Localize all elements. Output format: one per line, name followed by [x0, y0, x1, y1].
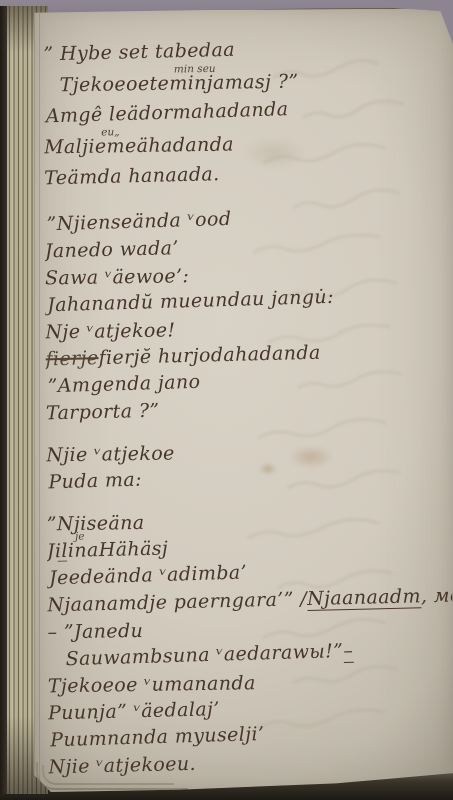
word-with-superscript: temimin seu: [149, 72, 194, 95]
word-with-superscript: Jil̲inaje: [47, 539, 99, 562]
text-segment: Jeedeända ᵛadimba’: [49, 561, 248, 589]
text-segment: Tjekoeoe ᵛumananda: [48, 672, 256, 697]
text-segment: Tarporta ?”: [46, 400, 160, 425]
text-segment: Nje ᵛatjekoe!: [45, 319, 175, 343]
text-segment: Njie ᵛatjekoe: [46, 442, 175, 466]
manuscript-photo: ” Hybe set tabedaaTjekoeoe temimin seu n…: [0, 0, 453, 800]
binding-dark-edge: [0, 6, 7, 794]
text-segment: Hähäsj: [98, 537, 168, 561]
text-segment: temi: [149, 72, 194, 95]
text-segment: Jil̲ina: [47, 539, 99, 562]
text-segment: njamasj ?”: [194, 71, 299, 95]
superscript-annotation: je: [75, 530, 85, 542]
text-segment: Janedo wada’: [45, 237, 179, 262]
text-segment: ”Njienseända ᵛood: [46, 208, 231, 235]
manuscript-page: ” Hybe set tabedaaTjekoeoe temimin seu n…: [34, 8, 453, 792]
text-segment: fierjĕ hurjodahadanda: [98, 342, 321, 369]
text-segment: ” Hybe set tabedaa: [43, 41, 235, 66]
text-segment: Tjekoeoe: [60, 73, 150, 96]
text-segment: Puunja” ᵛäedalaj’: [48, 698, 220, 724]
word-with-superscript: Maljiemeäeu„: [44, 135, 149, 159]
text-segment: Sawa ᵛäewoe’:: [45, 265, 190, 289]
text-segment: ”Njiseäna: [47, 512, 145, 536]
underlined-word: –: [343, 640, 354, 663]
text-segment: hadanda: [148, 133, 234, 156]
underlined-word: Njaanaadm: [307, 585, 421, 611]
text-segment: ”Amgenda jano: [47, 371, 200, 398]
manuscript-text: ” Hybe set tabedaaTjekoeoe temimin seu n…: [43, 41, 453, 784]
text-segment: Teämda hanaada.: [44, 163, 220, 189]
page-left-edge-lines: [34, 8, 44, 792]
superscript-annotation: eu„: [101, 126, 120, 138]
text-segment: Njie ᵛatjekoeu.: [48, 753, 196, 779]
text-segment: Maljiemeä: [44, 135, 149, 159]
text-segment: – ”Janedu: [47, 620, 143, 644]
struck-word: fierje: [45, 347, 99, 370]
text-segment: Puda ma:: [48, 469, 142, 494]
text-segment: , моһма: [421, 583, 453, 607]
